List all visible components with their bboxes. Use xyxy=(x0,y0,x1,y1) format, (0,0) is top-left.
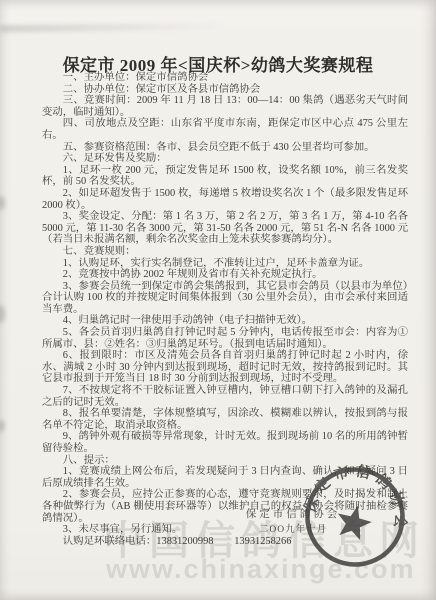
seal-star-icon xyxy=(333,501,375,542)
paragraph-rule-5: 5、各会员首羽归巢鸽自打钟记时起 5 分钟内，电话传报至市会：内容为①所属市、县… xyxy=(42,327,408,350)
paragraph-ring-price: 1、足环一枚 200 元，预定发售足环 1500 枚，设奖名额 10%，前三名发… xyxy=(42,165,408,188)
paragraph-race-time: 三、竞赛时间：2009 年 11 月 18 日 13：00—14：00 集鸽（遇… xyxy=(42,95,408,118)
scan-artifact-streak xyxy=(0,23,230,32)
paragraph-rule-7: 7、不按规定将不干胶标证置入钟豆槽内，钟豆槽口朝下打入鸽钟的及漏孔之后的记时无效… xyxy=(42,385,408,408)
paragraph-release-site: 四、司放地点及空距：山东省平度市东南，距保定市区中心点 475 公里左右。 xyxy=(42,118,408,141)
paragraph-rule-6: 6、报到限时：市区及清苑会员各自首羽归巢鸽打钟记时起 2 小时内，徐水、满城 2… xyxy=(42,350,408,385)
paragraph-rule-8: 8、报名单要清楚，字体规整填写，因涂改、模糊难以辨认，按报到鸽与报名单不符定论，… xyxy=(42,408,408,431)
paragraph-eligibility: 五、参赛资格范围：各市、县会员空距不低于 430 公里者均可参加。 xyxy=(42,142,408,154)
scan-edge-smudge xyxy=(0,420,5,432)
paragraph-extra-prizes: 2、如足环超发售于 1500 枚，每递增 5 枚增设奖名次 1 个（最多限发售足… xyxy=(42,188,408,211)
paragraph-rule-3: 3、参赛会员统一到保定市鸽会集鸽报到，其它县市会鸽员（以县市为单位）合计认购 1… xyxy=(42,281,408,316)
paragraph-rule-2: 2、竞赛按中鸽协 2002 年规则及省市有关补充规定执行。 xyxy=(42,269,408,281)
paragraph-co-org: 二、协办单位：保定市区及各县市信鸽协会 xyxy=(42,84,408,96)
scan-edge-smudge xyxy=(0,305,5,323)
paragraph-rules-heading: 七、竞赛规则： xyxy=(42,246,408,258)
paragraph-rule-9: 9、鸽钟外观有破损等异常现象，计时无效。报到现场前 10 名的所用鸽钟暂留待验检… xyxy=(42,431,408,454)
paragraph-rule-4: 4、归巢鸽记时一律使用手动鸽钟（电子扫描钟无效）。 xyxy=(42,315,408,327)
paragraph-ring-sales-heading: 六、足环发售及奖励： xyxy=(42,153,408,165)
paragraph-host-org: 一、主办单位：保定市信鸽协会 xyxy=(42,72,408,84)
paragraph-prize-money: 3、奖金设定、分配：第 1 名 3 万，第 2 名 2 万，第 3 名 1 万，… xyxy=(42,211,408,246)
paragraph-rule-1: 1、认购足环，实行实名制登记，不准转让过户，足环卡盖章为证。 xyxy=(42,258,408,270)
scan-edge-smudge xyxy=(0,196,5,210)
